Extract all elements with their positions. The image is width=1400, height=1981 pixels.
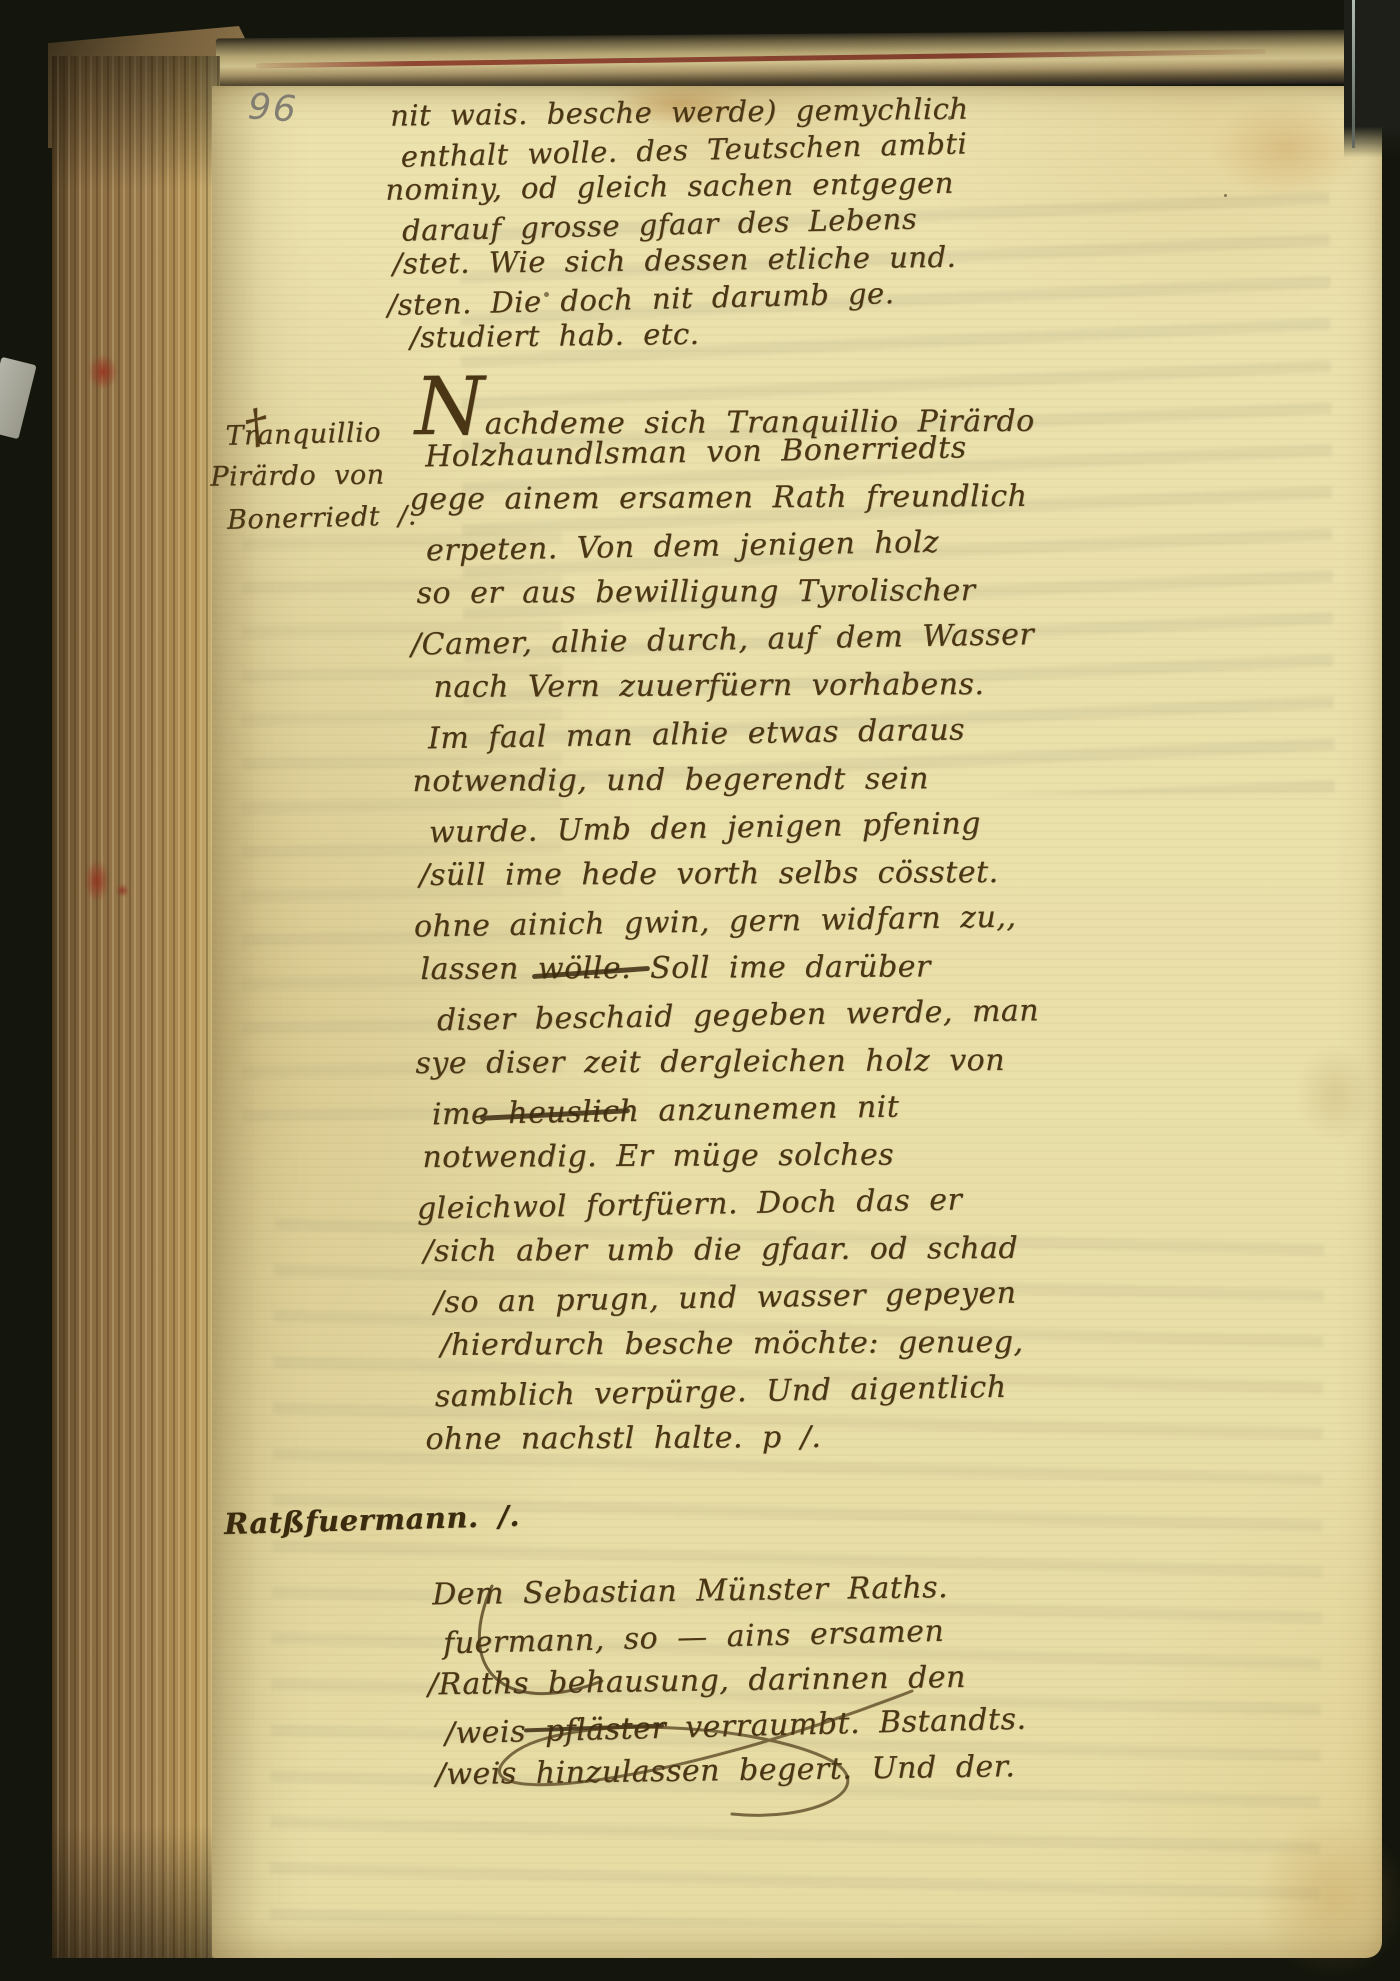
text-line: diser beschaid gegeben werde, man xyxy=(437,991,1202,1051)
text-line: ohne nachstl halte. p /. xyxy=(425,1418,1205,1469)
manuscript-page: 96 nit wais. besche werde) gemychlich en… xyxy=(212,86,1382,1958)
text-line: /so an prugn, und wasser gepeyen xyxy=(434,1273,1205,1333)
swash-stroke xyxy=(499,1691,912,1815)
text-line: erpeten. Von dem jenigen holz xyxy=(426,521,1197,581)
red-ink-spot xyxy=(116,884,129,897)
page-stain xyxy=(1212,98,1362,198)
page-stain xyxy=(1258,1818,1400,1978)
red-thread xyxy=(256,49,1266,68)
text-line: Nachdeme sich Tranquillio Pirärdo xyxy=(414,384,1194,435)
text-line: nach Vern zuuerfüern vorhabens. xyxy=(433,666,1197,717)
book-fore-edge xyxy=(52,56,220,1958)
manuscript-photo: 96 nit wais. besche werde) gemychlich en… xyxy=(0,0,1400,1981)
text-line: ohne ainich gwin, gern widfarn zu,, xyxy=(414,897,1201,957)
text-line: sye diser zeit dergleichen holz von xyxy=(415,1042,1201,1093)
text-line: /hierdurch besche möchte: genueg, xyxy=(440,1324,1204,1375)
page-stain xyxy=(1298,1046,1372,1142)
flourish-swash xyxy=(212,1466,1112,1866)
page-number: 96 xyxy=(247,86,300,130)
text-line: wurde. Umb den jenigen pfening xyxy=(429,803,1200,863)
text-line: notwendig, und begerendt sein xyxy=(412,760,1198,811)
swash-stroke xyxy=(479,1586,602,1694)
text-line: samblich verpürge. Und aigentlich xyxy=(435,1367,1206,1427)
adjacent-cover-edge xyxy=(1344,0,1400,158)
text-line: /sich aber umb die gfaar. od schad xyxy=(423,1230,1203,1281)
text-line: notwendig. Er müge solches xyxy=(422,1136,1202,1187)
entry-tranquillio-pirardo: Nachdeme sich Tranquillio Pirärdo Holzha… xyxy=(414,382,1205,1471)
text-line: gege ainem ersamen Rath freundlich xyxy=(409,478,1195,529)
red-ink-spot xyxy=(84,860,110,902)
bookmark-ribbon xyxy=(0,357,37,439)
red-ink-spot xyxy=(88,354,118,390)
ink-speck xyxy=(1224,194,1227,197)
book-top-page-edges xyxy=(216,30,1352,93)
fore-edge-shading xyxy=(52,56,220,1958)
text-line: Im faal man alhie etwas daraus xyxy=(428,709,1199,769)
paragraph-top: nit wais. besche werde) gemychlich entha… xyxy=(390,87,1154,359)
text-line: so er aus bewilligung Tyrolischer xyxy=(416,572,1196,623)
text-line: /süll ime hede vorth selbs cösstet. xyxy=(419,854,1199,905)
cover-edge-highlight xyxy=(1352,0,1355,148)
text-line: gleichwol fortfüern. Doch das er xyxy=(417,1179,1204,1239)
